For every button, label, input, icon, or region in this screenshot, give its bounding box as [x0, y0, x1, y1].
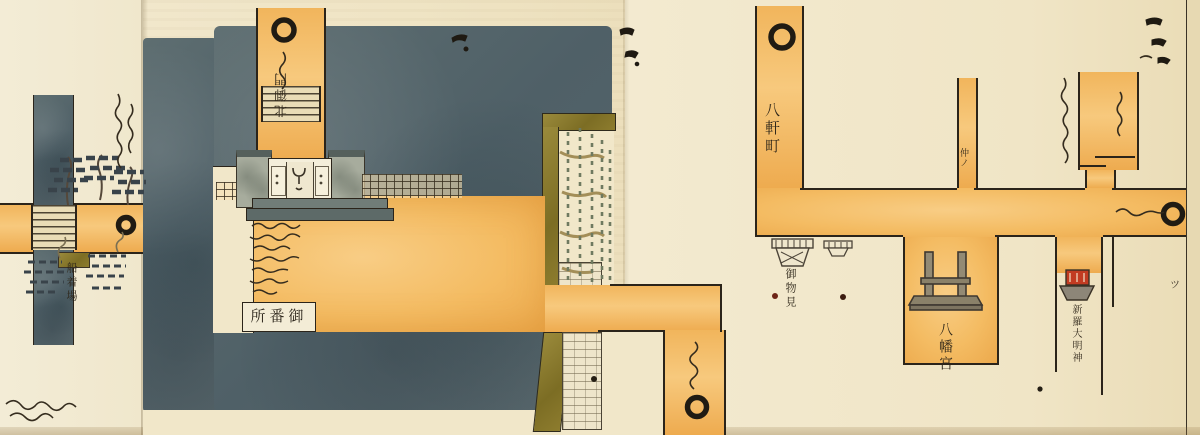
art-layer	[0, 0, 1200, 435]
label-naka-note: 仲ノ	[958, 148, 967, 180]
ring-marker-gate	[274, 20, 294, 40]
ink-smudges	[452, 18, 1170, 66]
label-north-gate: 北御門	[276, 44, 289, 118]
torii-icon	[909, 252, 982, 310]
willow-trees	[560, 128, 610, 284]
label-tsu-mark: ツ	[1170, 276, 1180, 291]
ring-marker-hachiken	[771, 26, 793, 48]
map-canvas: 御番所	[0, 0, 1200, 435]
bridge-structure-large	[772, 239, 813, 266]
label-boat-landing: 船着場	[66, 262, 77, 318]
label-hachiken-cho: 八軒町	[764, 102, 779, 190]
bridge-structure-small	[824, 241, 852, 256]
plaza-annotations	[250, 224, 300, 295]
shrine-icon	[1060, 270, 1094, 300]
pine-trees	[48, 155, 146, 205]
ring-marker-south-road	[688, 398, 707, 417]
reed-curls	[58, 232, 123, 258]
label-shinra-daimyojin: 新羅大明神	[1070, 304, 1080, 384]
ring-marker-main-street	[1164, 205, 1183, 224]
ring-marker-left-road	[119, 218, 134, 233]
label-hachimangu: 八幡宮	[938, 322, 952, 392]
label-monomi: 御物見	[785, 268, 796, 320]
gate-ornament	[293, 168, 305, 190]
